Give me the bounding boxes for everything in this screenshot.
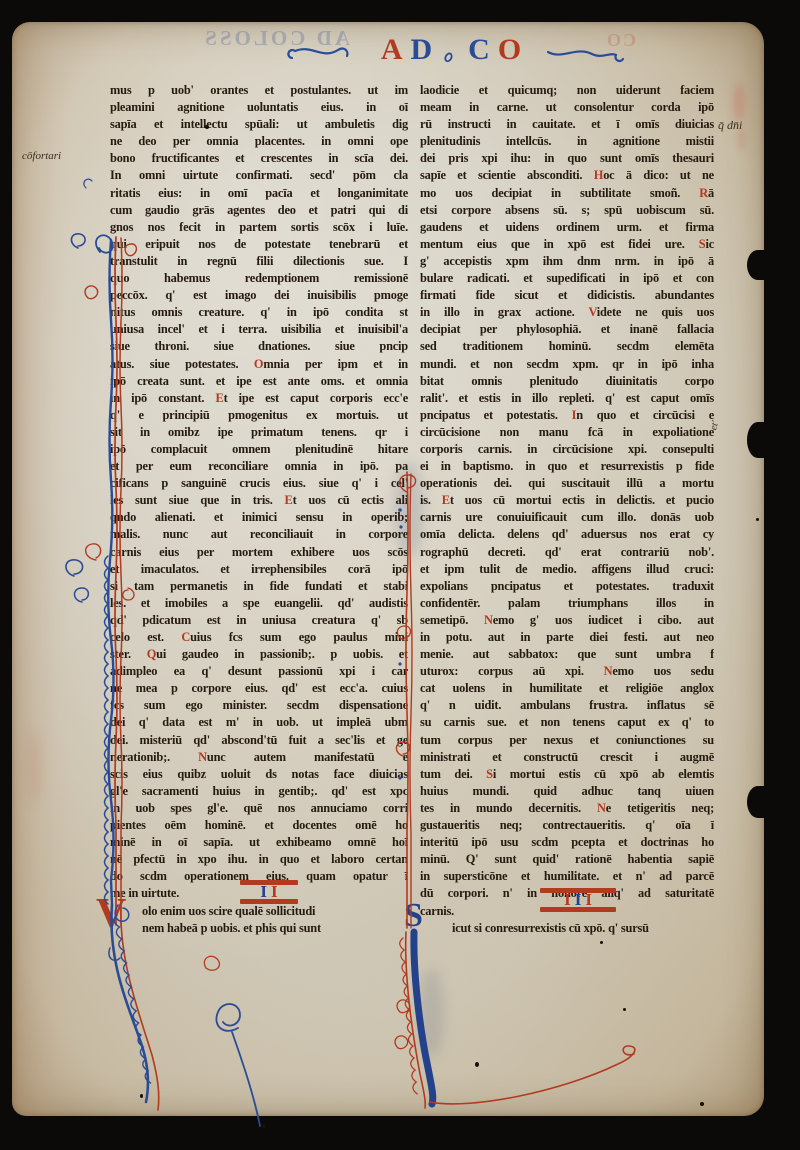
text-line: interitū ipō usu scdm pcepta et doctrina… (420, 834, 714, 851)
text-line: sed traditionem hominū. secdm elemēta (420, 338, 714, 355)
text-line: bulare radicati. et supedificati in ipō … (420, 270, 714, 287)
text-line: icut si conresurrexistis cū xpō. q' surs… (420, 920, 714, 937)
text-line: nem habeā p uobis. et phis qui sunt (110, 920, 408, 937)
text-line: in supersticōne et humilitate. et n' ad … (420, 868, 714, 885)
text-line: quo habemus redemptionem remissionē (110, 270, 408, 287)
text-line: rographū decreti. qd' erat contrariū nob… (420, 544, 714, 561)
numeral-letters: II (260, 885, 277, 899)
text-line: g' accepistis xpm ihm dnm nrm. in ipō ā (420, 253, 714, 270)
numeral-letter: I (575, 893, 582, 907)
text-line: cat uolens in humilitate et religiōe ang… (420, 680, 714, 697)
text-line: tes in mundo decernitis. Ne tetigeritis … (420, 800, 714, 817)
text-line: ne mea p corpore eius. qd' est ecc'a. cu… (110, 680, 408, 697)
chapter3-initial-s: S (404, 900, 423, 932)
text-line: In omni uirtute confirmati. secd' pōm cl… (110, 167, 408, 184)
running-title: ADCO (352, 30, 552, 70)
text-line: bono fructificantes et crescentes in scī… (110, 150, 408, 167)
ink-speck (700, 1102, 704, 1106)
numeral-letter: I (260, 885, 267, 899)
text-line: pncipatus et potestatis. In quo et circū… (420, 407, 714, 424)
text-line: pientes oēm hominē. et docentes omē ho (110, 817, 408, 834)
running-title-letter: C (468, 33, 492, 67)
numeral-letter: I (271, 885, 278, 899)
text-line: decipiat per phylosophiā. et inanē falla… (420, 321, 714, 338)
text-line: nerationib;. Nunc autem manifestatū e (110, 749, 408, 766)
text-line: qndo alienati. et inimici sensu in operi… (110, 509, 408, 526)
ink-speck (205, 125, 209, 129)
text-line: sit in omibz ipe primatum tenens. qr i (110, 424, 408, 441)
text-line: q' n uidit. ambulans frustra. inflatus s… (420, 697, 714, 714)
text-line: ei in baptismo. in quo et resurrexistis … (420, 458, 714, 475)
text-line: minē in oī sapīa. ut exhibeamo omnē hoī (110, 834, 408, 851)
text-line: les. et imobiles a spe euangelii. qd' au… (110, 595, 408, 612)
ghost-running-title-red: CO (556, 30, 636, 51)
text-line: cificans p sanguinē crucis eius. siue q'… (110, 475, 408, 492)
text-line: uniusa incel' et i terra. uisibilia et i… (110, 321, 408, 338)
text-line: nē pfectū in xpo ihu. in quo et laboro c… (110, 851, 408, 868)
chapter-numeral-ii: II (240, 880, 298, 904)
text-line: confidentēr. palam triumphans illos in (420, 595, 714, 612)
text-line: ministrati et constructū crescit i augmē (420, 749, 714, 766)
text-line: ster. Qui gaudeo in passionib;. p uobis.… (110, 646, 408, 663)
text-line: rū instructi in cauitate. et ī omīs diui… (420, 116, 714, 133)
text-line: in ipō constant. Et ipe est caput corpor… (110, 390, 408, 407)
ink-speck (262, 1124, 266, 1129)
text-line: circūcisione non manu fcā in expoliation… (420, 424, 714, 441)
text-line: in uob spes gl'e. quē nos annuciamo corr… (110, 800, 408, 817)
text-line: meam in carne. ut consolentur corda ipō (420, 99, 714, 116)
text-line: ritatis eius: in omī pacīa et longanimit… (110, 185, 408, 202)
text-line: corporis carnis. in circūcisione xpi. co… (420, 441, 714, 458)
binding-notch (747, 786, 765, 818)
running-title-letter: D (410, 33, 434, 67)
text-line: qd' pdicatum est in uniusa creatura q' s… (110, 612, 408, 629)
text-line: dei. misteriū qd' abscond'tū fuit a sec'… (110, 732, 408, 749)
margin-note-left: cōfortari (22, 150, 61, 162)
text-line: nitus omnis creature. q' in ipō condita … (110, 304, 408, 321)
text-line: sapīe et scientie absconditi. Hoc ā dico… (420, 167, 714, 184)
running-title-letter: A (381, 33, 405, 67)
text-line: firmati fide sicut et didicistis. abunda… (420, 287, 714, 304)
text-line: ne deo per omnia placentes. in omni ope (110, 133, 408, 150)
text-line: transtulit in regnū filii dilectionis su… (110, 253, 408, 270)
text-line: peccōx. q' est imago dei inuisibilis pmo… (110, 287, 408, 304)
ink-speck (623, 1008, 626, 1011)
text-line: su carnis sue. et non tenens caput ex q'… (420, 714, 714, 731)
text-line: fcs sum ego minister. secdm dispensation… (110, 697, 408, 714)
text-line: sapīa et intellectu spūali: ut ambuletis… (110, 116, 408, 133)
text-line: tum corpus per nexus et coniunctiones su (420, 732, 714, 749)
text-line: adimpleo ea q' desunt passionū xpi i car (110, 663, 408, 680)
text-line: scis eius quibz uoluit ds notas face diu… (110, 766, 408, 783)
text-line: et per eum reconciliare omnia in ipō. pa (110, 458, 408, 475)
text-line: gustaueritis neq; contrectaueritis. q' o… (420, 817, 714, 834)
text-line: omīa delicta. delens qd' aduersus nos er… (420, 526, 714, 543)
text-line: operationis dei. qui suscitauit illū a m… (420, 475, 714, 492)
text-line: is. Et uos cū mortui ectis in delictis. … (420, 492, 714, 509)
chapter-numeral-iii: III (540, 888, 616, 912)
binding-notch (747, 422, 765, 458)
numeral-letter: I (585, 893, 592, 907)
text-column-left: mus p uob' orantes et postulantes. ut im… (110, 82, 408, 937)
text-line: carnis eius per mortem exhibere uos scōs (110, 544, 408, 561)
text-line: in potu. aut in parte diei festi. aut ne… (420, 629, 714, 646)
text-line: expolians pncipatus et potestates. tradu… (420, 578, 714, 595)
text-line: gaudens et uidens ordinem urm. et firma (420, 219, 714, 236)
text-line: les sunt siue que in tris. Et uos cū ect… (110, 492, 408, 509)
text-line: ipō creata sunt. et ipe est ante oms. et… (110, 373, 408, 390)
numeral-letter: I (564, 893, 571, 907)
binding-notch (747, 250, 765, 280)
ink-speck (756, 518, 759, 521)
text-line: gl'e sacramenti huius in gentib;. qd' es… (110, 783, 408, 800)
text-line: atus. siue potestates. Omnia per ipm et … (110, 356, 408, 373)
text-column-right: laodicie et quicumq; non uiderunt faciem… (420, 82, 714, 937)
ghost-running-title: AD COLOSS (120, 26, 350, 51)
numeral-letters: III (564, 893, 592, 907)
text-line: uturox: corpus aū xpi. Nemo uos sedu (420, 663, 714, 680)
running-title-letter: O (498, 33, 523, 67)
text-line: mus p uob' orantes et postulantes. ut im (110, 82, 408, 99)
text-line: mundi. et non secdm xpm. qr in ipō inha (420, 356, 714, 373)
chapter2-initial-v: V (96, 894, 126, 934)
text-line: si tam permanetis in fide fundati et sta… (110, 578, 408, 595)
text-line: laodicie et quicumq; non uiderunt faciem (420, 82, 714, 99)
text-line: tum dei. Si mortui estis cū xpō ab elemt… (420, 766, 714, 783)
numeral-bar (240, 899, 298, 904)
text-line: olo enim uos scire qualē sollicitudi (110, 903, 408, 920)
text-line: q' e principiū pmogenitus ex mortuis. ut (110, 407, 408, 424)
text-line: mo uos decipiat in subtilitate smoñ. Rā (420, 185, 714, 202)
text-line: malis. nunc aut reconciliauit in corpore (110, 526, 408, 543)
text-line: dei pris xpi ihu: in quo sunt omīs thesa… (420, 150, 714, 167)
text-line: siue throni. siue dnationes. siue pncip (110, 338, 408, 355)
text-line: ipō complacuit omnem plenitudinē hitare (110, 441, 408, 458)
text-line: semetipō. Nemo g' uos iudicet i cibo. au… (420, 612, 714, 629)
text-line: et ipm tulit de medio. affigens illud cr… (420, 561, 714, 578)
text-line: qui eripuit nos de potestate tenebrarū e… (110, 236, 408, 253)
text-line: ralit'. et estis in illo repleti. q' est… (420, 390, 714, 407)
text-line: carnis ure conuiuificauit cum illo. donā… (420, 509, 714, 526)
text-line: bitat omnis plenitudo diuinitatis corpo (420, 373, 714, 390)
text-line: cum gaudio grās agentes deo et patri qui… (110, 202, 408, 219)
text-line: gnos nos fecit in partem sortis scōx i l… (110, 219, 408, 236)
text-line: plenitudinis intellcūs. in agnitione mis… (420, 133, 714, 150)
text-line: in illo in grax actione. Videte ne quis … (420, 304, 714, 321)
ink-speck (600, 941, 603, 944)
text-line: pleamini agnitione uoluntatis eius. in o… (110, 99, 408, 116)
margin-note-right-top: q̄ dn̄i (718, 118, 742, 133)
text-line: et imaculatos. et irrephensibiles corā i… (110, 561, 408, 578)
text-line: dei q' data est m' in uob. ut impleā ubm (110, 714, 408, 731)
text-line: menie. aut sabbatox: que sunt umbra f (420, 646, 714, 663)
ink-speck (140, 1094, 143, 1098)
numeral-bar (540, 907, 616, 912)
text-line: celo est. Cuius fcs sum ego paulus mini (110, 629, 408, 646)
text-line: minū. Q' sunt quid' rationē habentia sap… (420, 851, 714, 868)
text-line: etsi corpore absens sū. s; spū uobiscum … (420, 202, 714, 219)
text-line: mentum eius que in xpō est fidei ure. Si… (420, 236, 714, 253)
text-line: huius mundi. quid adhuc tanq uiuen (420, 783, 714, 800)
ink-speck (475, 1062, 479, 1067)
